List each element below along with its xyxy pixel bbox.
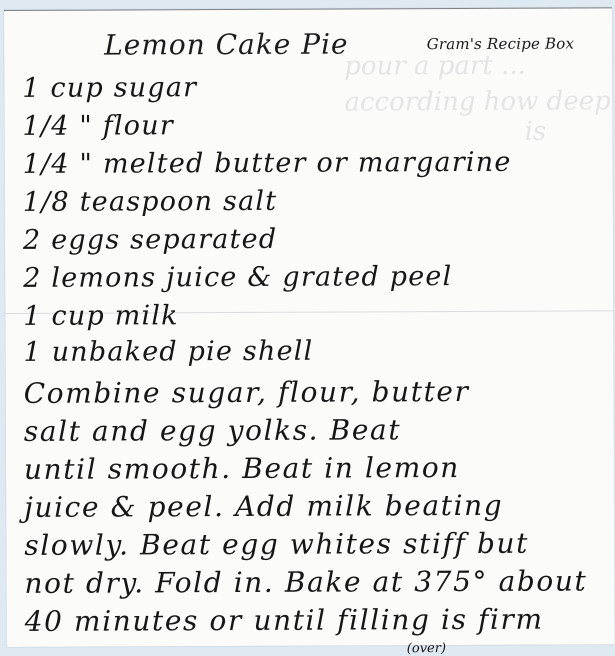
direction-line: not dry. Fold in. Bake at 375° about (24, 564, 587, 599)
direction-line: 40 minutes or until filling is firm (25, 603, 544, 638)
bleed-through-text: pour a part ... (344, 51, 526, 82)
bleed-through-text: according how deep you dish (344, 86, 615, 118)
recipe-title: Lemon Cake Pie (104, 27, 349, 61)
direction-line: juice & peel. Add milk beating (24, 489, 503, 524)
recipe-card: pour a part ... according how deep you d… (4, 7, 615, 647)
ingredient-line: 1 unbaked pie shell (23, 336, 313, 368)
brand-watermark: Gram's Recipe Box (427, 35, 575, 54)
over-note: (over) (407, 641, 446, 656)
direction-line: salt and egg yolks. Beat (24, 413, 401, 448)
direction-line: until smooth. Beat in lemon (24, 451, 460, 486)
bleed-through-text: is (524, 117, 546, 147)
direction-line: Combine sugar, flour, butter (24, 375, 470, 410)
ingredient-line: 1/4 " flour (22, 110, 174, 142)
ingredient-line: 1/4 " melted butter or margarine (23, 147, 512, 180)
direction-line: slowly. Beat egg whites stiff but (24, 527, 529, 562)
ingredient-line: 2 eggs separated (23, 224, 277, 256)
ingredient-line: 2 lemons juice & grated peel (23, 261, 452, 294)
ingredient-line: 1/8 teaspoon salt (23, 186, 278, 218)
ingredient-line: 1 cup sugar (22, 72, 197, 104)
ingredient-line: 1 cup milk (23, 300, 179, 332)
